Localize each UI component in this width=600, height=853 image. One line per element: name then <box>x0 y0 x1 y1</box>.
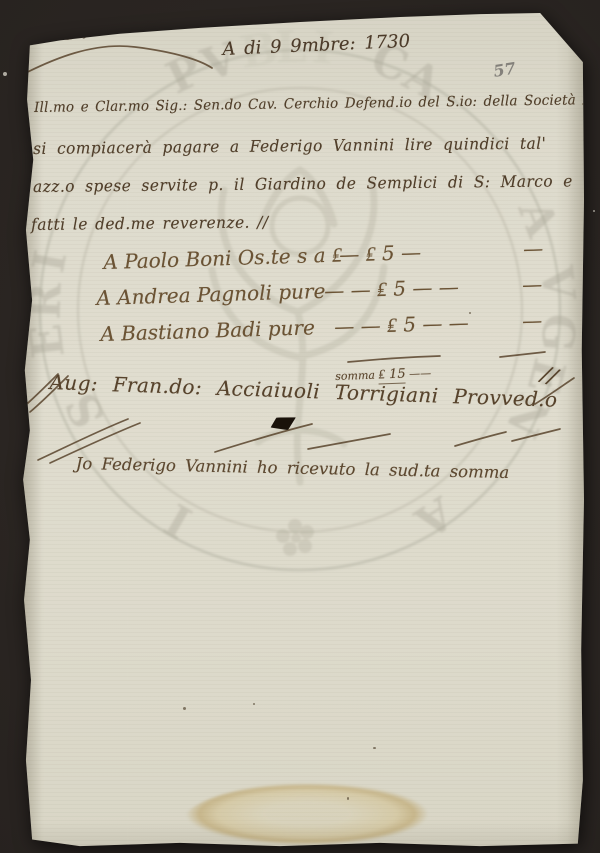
closing-slash <box>308 434 390 449</box>
payment-amount: — — ₤ 5 — — <box>324 275 459 304</box>
number-flourish <box>22 46 212 80</box>
manuscript-photo: PVBLICAAVGENIRESIA <box>0 0 600 853</box>
row-end-dash: — <box>523 236 544 261</box>
payment-amount: — ₤ 5 — <box>339 240 422 268</box>
closing-slash <box>215 424 312 452</box>
total-dashes: —— <box>409 367 431 381</box>
document-page: PVBLICAAVGENIRESIA <box>22 12 584 847</box>
archival-number: 165. <box>26 15 89 49</box>
closing-slash <box>455 432 506 446</box>
dust-speck <box>593 210 595 212</box>
amount-underline <box>348 356 440 362</box>
payment-amount: — — ₤ 5 — — <box>334 310 469 339</box>
row-end-dash: — <box>522 308 543 333</box>
amount-dash <box>500 352 545 357</box>
folio-number-pencil: 57 <box>492 59 517 81</box>
body-line-4: fatti le ded.me reverenze. // <box>31 213 269 234</box>
closing-slash <box>512 429 560 441</box>
row-end-dash: — <box>522 272 543 297</box>
document-page-wrapper: PVBLICAAVGENIRESIA <box>22 12 584 847</box>
dust-speck <box>3 72 7 76</box>
